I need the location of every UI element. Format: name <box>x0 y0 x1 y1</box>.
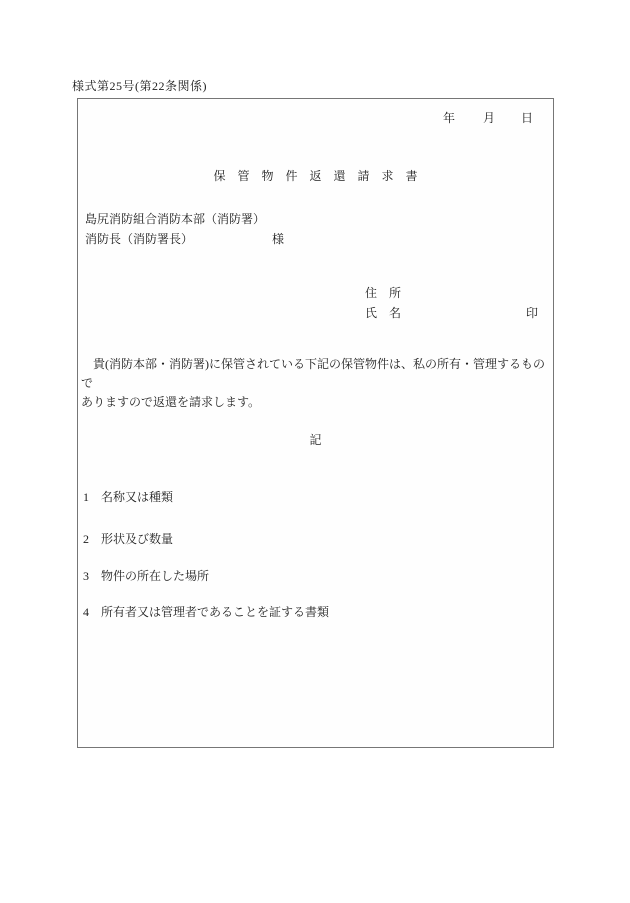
item-number: 1 <box>83 490 89 504</box>
seal-label: 印 <box>526 303 538 323</box>
item-row-1: 1名称又は種類 <box>83 488 173 505</box>
name-line: 氏 名 印 <box>365 303 401 323</box>
addressee-position: 消防長（消防署長） <box>85 232 193 246</box>
honorific-label: 様 <box>272 229 284 249</box>
item-text: 物件の所在した場所 <box>101 569 209 583</box>
date-line: 年月日 <box>443 109 533 126</box>
item-row-4: 4所有者又は管理者であることを証する書類 <box>83 603 329 620</box>
day-label: 日 <box>521 111 533 125</box>
form-number-label: 様式第25号(第22条関係) <box>72 77 207 94</box>
form-title: 保管物件返還請求書 <box>78 167 553 184</box>
item-row-2: 2形状及び数量 <box>83 530 173 547</box>
item-number: 3 <box>83 569 89 583</box>
addressee-block: 島尻消防組合消防本部（消防署） 消防長（消防署長） 様 <box>85 209 265 249</box>
body-paragraph: 貴(消防本部・消防署)に保管されている下記の保管物件は、私の所有・管理するもので… <box>81 355 553 412</box>
item-text: 形状及び数量 <box>101 532 173 546</box>
address-label: 住 所 <box>365 283 401 303</box>
month-label: 月 <box>483 111 495 125</box>
year-label: 年 <box>443 111 455 125</box>
addressee-line: 消防長（消防署長） 様 <box>85 229 265 249</box>
addressee-organization: 島尻消防組合消防本部（消防署） <box>85 209 265 229</box>
item-number: 2 <box>83 532 89 546</box>
form-border-box: 年月日 保管物件返還請求書 島尻消防組合消防本部（消防署） 消防長（消防署長） … <box>77 98 554 748</box>
item-row-3: 3物件の所在した場所 <box>83 567 209 584</box>
item-text: 所有者又は管理者であることを証する書類 <box>101 605 329 619</box>
item-text: 名称又は種類 <box>101 490 173 504</box>
item-number: 4 <box>83 605 89 619</box>
name-label: 氏 名 <box>365 306 401 320</box>
note-heading: 記 <box>78 431 553 448</box>
document-page: 様式第25号(第22条関係) 年月日 保管物件返還請求書 島尻消防組合消防本部（… <box>0 0 630 903</box>
applicant-block: 住 所 氏 名 印 <box>365 283 401 323</box>
